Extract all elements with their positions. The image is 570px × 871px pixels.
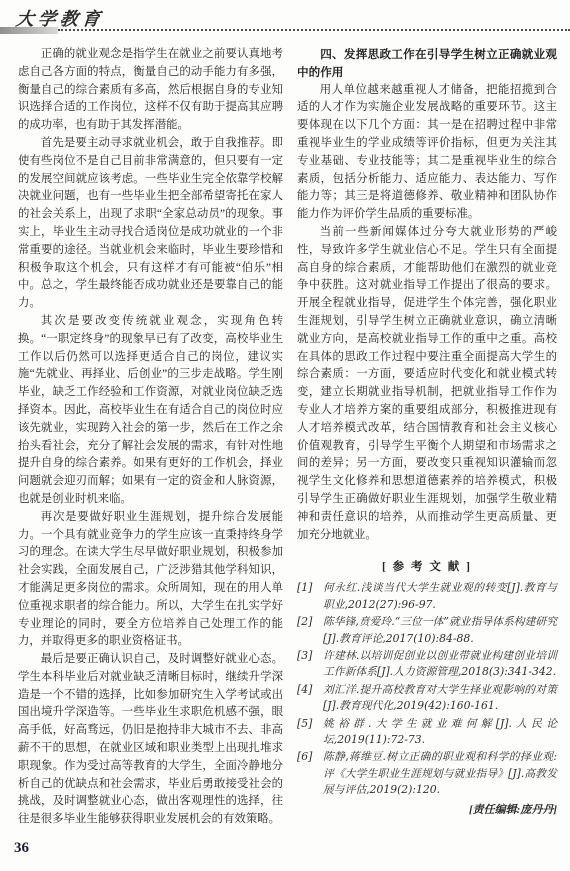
reference-text: 姚裕群.大学生就业难何解[J].人民论坛,2019(11):72-73. [323, 716, 557, 749]
reference-item: [3] 许建林.以培训促创业以创业带就业构建创业培训工作新体系[J].人力资源管… [297, 648, 557, 681]
reference-text: 许建林.以培训促创业以创业带就业构建创业培训工作新体系[J].人力资源管理,20… [323, 648, 557, 681]
reference-item: [6] 陈静,蒋维豆.树立正确的职业观和科学的择业观:评《大学生职业生涯规划与就… [297, 749, 557, 798]
paragraph: 再次是要做好职业生涯规划，提升综合发展能力。一个具有就业竞争力的学生应该一直秉持… [18, 509, 283, 651]
left-column: 正确的就业观念是指学生在就业之前要认真地考虑自己各方面的特点，衡量自己的动手能力… [18, 46, 283, 829]
paragraph: 最后是要正确认识自己，及时调整好就业心态。学生本科毕业后对就业缺乏清晰目标时，继… [18, 651, 283, 829]
paragraph: 正确的就业观念是指学生在就业之前要认真地考虑自己各方面的特点，衡量自己的动手能力… [18, 46, 283, 135]
references-header: [ 参 考 文 献 ] [297, 558, 557, 574]
section-heading: 四、发挥思政工作在引导学生树立正确就业观中的作用 [297, 46, 557, 82]
reference-text: 何永红.浅谈当代大学生就业观的转变[J].教育与职业,2012(27):96-9… [323, 580, 557, 613]
reference-item: [1] 何永红.浅谈当代大学生就业观的转变[J].教育与职业,2012(27):… [297, 580, 557, 613]
reference-label: [5] [297, 716, 323, 732]
article-columns: 正确的就业观念是指学生在就业之前要认真地考虑自己各方面的特点，衡量自己的动手能力… [18, 46, 557, 829]
reference-item: [2] 陈华锋,贲爱玲.“三位一体”就业指导体系构建研究[J].教育评论,201… [297, 614, 557, 647]
reference-text: 刘汇洋.提升高校教育对大学生择业观影响的对策[J].教育现代化,2019(42)… [323, 682, 557, 715]
references-list: [1] 何永红.浅谈当代大学生就业观的转变[J].教育与职业,2012(27):… [297, 580, 557, 798]
paragraph: 首先是要主动寻求就业机会，敢于自我推荐。即使有些岗位不是自己目前非常满意的，但只… [18, 135, 283, 313]
header-gradient-bar [0, 27, 58, 34]
paragraph: 其次是要改变传统就业观念，实现角色转换。“一职定终身”的现象早已有了改变，高校毕… [18, 313, 283, 509]
page-number: 36 [14, 840, 29, 857]
right-column: 四、发挥思政工作在引导学生树立正确就业观中的作用 用人单位越来越重视人才储备，把… [297, 46, 557, 829]
reference-label: [3] [297, 648, 323, 664]
reference-item: [5] 姚裕群.大学生就业难何解[J].人民论坛,2019(11):72-73. [297, 716, 557, 749]
editor-note: [责任编辑:庞丹丹] [297, 801, 557, 817]
header-dotted-rule [58, 29, 570, 31]
paragraph: 当前一些新闻媒体过分夸大就业形势的严峻性，导致许多学生就业信心不足。学生只有全面… [297, 224, 557, 544]
paragraph: 用人单位越来越重视人才储备，把能招揽到合适的人才作为实施企业发展战略的重要环节。… [297, 82, 557, 224]
reference-label: [1] [297, 580, 323, 596]
reference-label: [4] [297, 682, 323, 698]
reference-item: [4] 刘汇洋.提升高校教育对大学生择业观影响的对策[J].教育现代化,2019… [297, 682, 557, 715]
reference-label: [6] [297, 749, 323, 765]
journal-page: 大学教育 正确的就业观念是指学生在就业之前要认真地考虑自己各方面的特点，衡量自己… [0, 0, 570, 871]
reference-label: [2] [297, 614, 323, 630]
reference-text: 陈华锋,贲爱玲.“三位一体”就业指导体系构建研究[J].教育评论,2017(10… [323, 614, 557, 647]
reference-text: 陈静,蒋维豆.树立正确的职业观和科学的择业观:评《大学生职业生涯规划与就业指导》… [323, 749, 557, 798]
